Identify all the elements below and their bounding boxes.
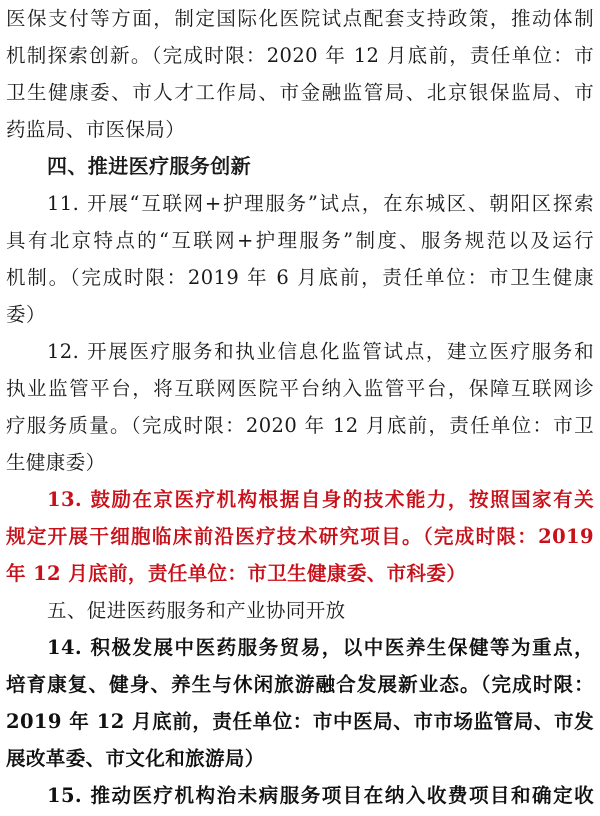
text-line: 疗服务质量。（完成时限：2020 年 12 月底前，责任单位：市卫 [6, 407, 594, 444]
text-line: 卫生健康委、市人才工作局、市金融监管局、北京银保监局、市 [6, 74, 594, 111]
paragraph-continuation: 医保支付等方面，制定国际化医院试点配套支持政策，推动体制 机制探索创新。（完成时… [6, 0, 594, 148]
text-line: 委） [6, 296, 594, 333]
text-line: 展改革委、市文化和旅游局） [6, 740, 594, 777]
text-line: 13. 鼓励在京医疗机构根据自身的技术能力，按照国家有关 [6, 481, 594, 518]
paragraph-15: 15. 推动医疗机构治未病服务项目在纳入收费项目和确定收 [6, 777, 594, 814]
text-line: 规定开展干细胞临床前沿医疗技术研究项目。（完成时限：2019 [6, 518, 594, 555]
section-heading-4: 四、推进医疗服务创新 [6, 148, 594, 185]
text-line: 机制。（完成时限：2019 年 6 月底前，责任单位：市卫生健康 [6, 259, 594, 296]
text-line: 2019 年 12 月底前，责任单位：市中医局、市市场监管局、市发 [6, 703, 594, 740]
text-line: 11. 开展“互联网+护理服务”试点，在东城区、朝阳区探索 [6, 185, 594, 222]
text-line: 执业监管平台，将互联网医院平台纳入监管平台，保障互联网诊 [6, 370, 594, 407]
text-line: 机制探索创新。（完成时限：2020 年 12 月底前，责任单位：市 [6, 37, 594, 74]
text-line: 培育康复、健身、养生与休闲旅游融合发展新业态。（完成时限： [6, 666, 594, 703]
paragraph-14: 14. 积极发展中医药服务贸易，以中医养生保健等为重点， 培育康复、健身、养生与… [6, 629, 594, 777]
text-line: 具有北京特点的“互联网+护理服务”制度、服务规范以及运行 [6, 222, 594, 259]
document-page: 医保支付等方面，制定国际化医院试点配套支持政策，推动体制 机制探索创新。（完成时… [0, 0, 600, 814]
text-line: 年 12 月底前，责任单位：市卫生健康委、市科委） [6, 555, 594, 592]
text-line: 药监局、市医保局） [6, 111, 594, 148]
text-line: 14. 积极发展中医药服务贸易，以中医养生保健等为重点， [6, 629, 594, 666]
paragraph-12: 12. 开展医疗服务和执业信息化监管试点，建立医疗服务和 执业监管平台，将互联网… [6, 333, 594, 481]
text-line: 医保支付等方面，制定国际化医院试点配套支持政策，推动体制 [6, 0, 594, 37]
paragraph-11: 11. 开展“互联网+护理服务”试点，在东城区、朝阳区探索 具有北京特点的“互联… [6, 185, 594, 333]
text-line: 15. 推动医疗机构治未病服务项目在纳入收费项目和确定收 [6, 777, 594, 814]
text-line: 12. 开展医疗服务和执业信息化监管试点，建立医疗服务和 [6, 333, 594, 370]
paragraph-13-highlighted: 13. 鼓励在京医疗机构根据自身的技术能力，按照国家有关 规定开展干细胞临床前沿… [6, 481, 594, 592]
text-line: 生健康委） [6, 444, 594, 481]
section-heading-5: 五、促进医药服务和产业协同开放 [6, 592, 594, 629]
